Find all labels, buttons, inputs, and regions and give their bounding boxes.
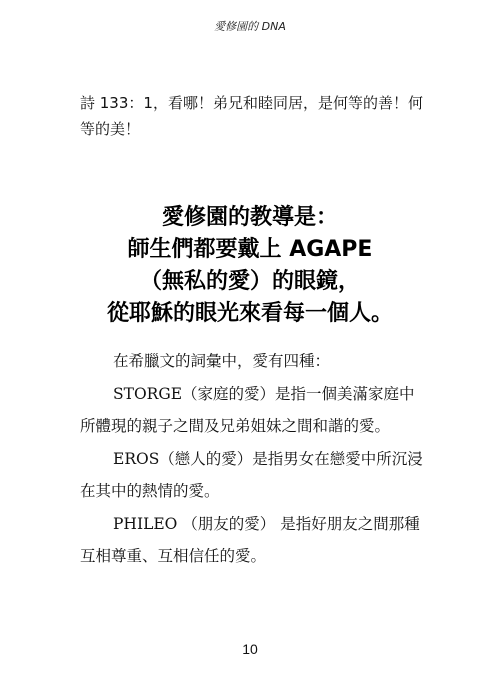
teaching-line: 愛修園的教導是： (50, 202, 450, 234)
paragraph-intro: 在希臘文的詞彙中，愛有四種： (80, 345, 425, 378)
paragraph-phileo: PHILEO （朋友的愛） 是指好朋友之間那種互相尊重、互相信任的愛。 (80, 508, 425, 573)
teaching-line: （無私的愛）的眼鏡， (50, 266, 450, 298)
paragraph-eros: EROS（戀人的愛）是指男女在戀愛中所沉浸在其中的熱情的愛。 (80, 443, 425, 508)
teaching-line: 從耶穌的眼光來看每一個人。 (50, 298, 450, 330)
teaching-statement: 愛修園的教導是： 師生們都要戴上 AGAPE （無私的愛）的眼鏡， 從耶穌的眼光… (50, 202, 450, 330)
teaching-line: 師生們都要戴上 AGAPE (50, 234, 450, 266)
page-number: 10 (0, 641, 500, 657)
body-text: 在希臘文的詞彙中，愛有四種： STORGE（家庭的愛）是指一個美滿家庭中所體現的… (80, 345, 425, 573)
running-header: 愛修園的 DNA (0, 18, 500, 34)
bible-verse: 詩 133：1，看哪！弟兄和睦同居，是何等的善！何等的美！ (80, 90, 425, 142)
paragraph-storge: STORGE（家庭的愛）是指一個美滿家庭中所體現的親子之間及兄弟姐妹之間和諧的愛… (80, 378, 425, 443)
